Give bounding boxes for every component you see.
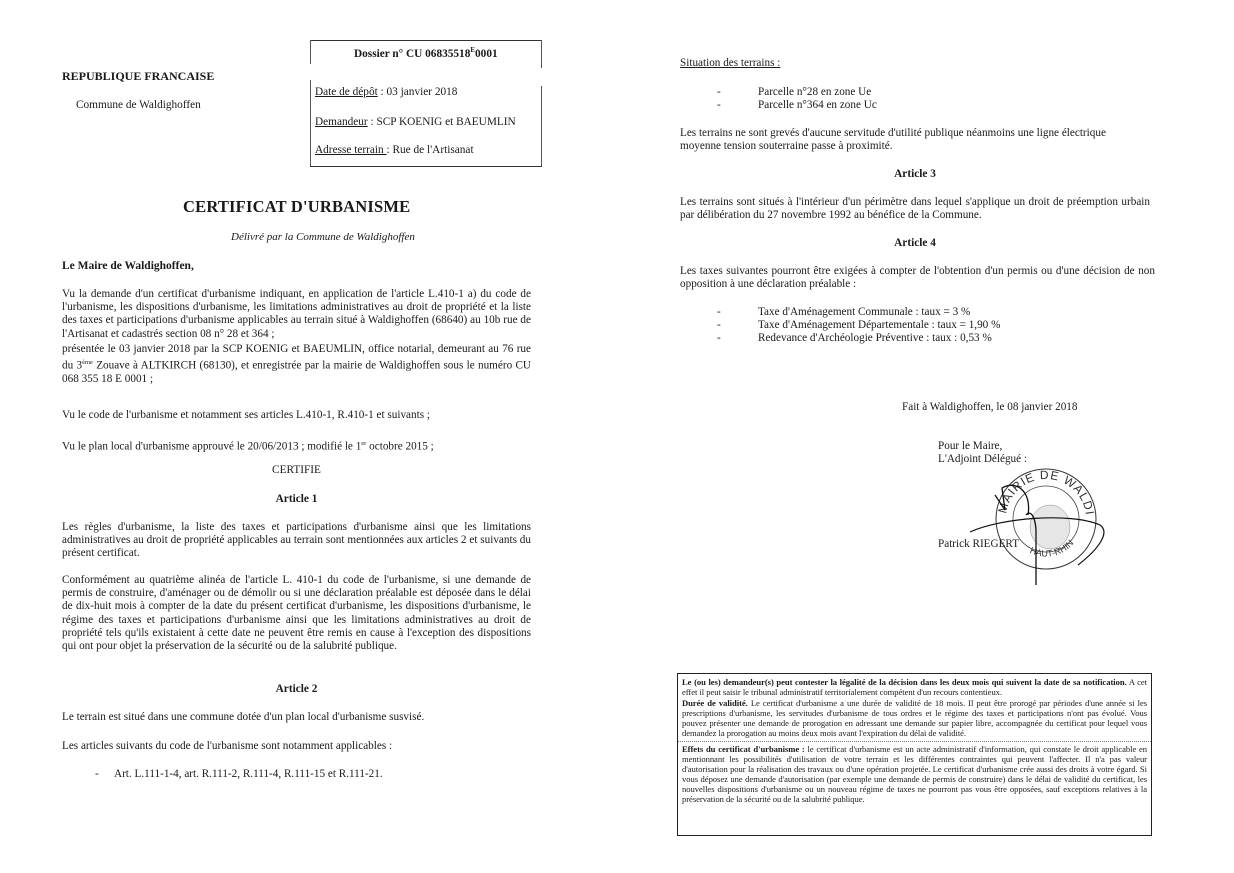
dossier-number: Dossier n° CU 06835518E0001 — [354, 46, 498, 60]
list-item: Redevance d'Archéologie Préventive : tau… — [717, 332, 1000, 345]
signatory-title: Pour le Maire, L'Adjoint Délégué : — [938, 440, 1027, 466]
document-subtitle: Délivré par la Commune de Waldighoffen — [231, 231, 415, 243]
country-header: REPUBLIQUE FRANCAISE — [62, 69, 214, 84]
list-item: Art. L.111-1-4, art. R.111-2, R.111-4, R… — [95, 768, 383, 781]
notice-validity: Durée de validité. Le certificat d'urban… — [682, 698, 1147, 738]
article-1-para-1: Les règles d'urbanisme, la liste des tax… — [62, 521, 531, 561]
situation-heading: Situation des terrains : — [680, 57, 780, 69]
code-paragraph: Vu le code de l'urbanisme et notamment s… — [62, 409, 531, 422]
tax-list: Taxe d'Aménagement Communale : taux = 3 … — [717, 306, 1000, 345]
dossier-info-box: Dossier n° CU 06835518E0001 Date de dépô… — [310, 40, 542, 167]
land-address: Adresse terrain : Rue de l'Artisanat — [315, 144, 474, 156]
article-4-heading: Article 4 — [680, 237, 1150, 249]
salutation: Le Maire de Waldighoffen, — [62, 260, 194, 272]
applicant: Demandeur : SCP KOENIG et BAEUMLIN — [315, 116, 516, 128]
document-title: CERTIFICAT D'URBANISME — [183, 197, 410, 217]
notice-effects: Effets du certificat d'urbanisme : le ce… — [682, 744, 1147, 805]
servitude-paragraph: Les terrains ne sont grevés d'aucune ser… — [680, 127, 1125, 153]
article-1-heading: Article 1 — [62, 493, 531, 505]
article-1-para-2: Conformément au quatrième alinéa de l'ar… — [62, 574, 531, 653]
article-2-para-1: Le terrain est situé dans une commune do… — [62, 711, 531, 724]
article-2-heading: Article 2 — [62, 683, 531, 695]
list-item: Parcelle n°28 en zone Ue — [717, 86, 877, 99]
article-2-list: Art. L.111-1-4, art. R.111-2, R.111-4, R… — [95, 768, 383, 781]
certifie-heading: CERTIFIE — [62, 464, 531, 476]
notice-contest: Le (ou les) demandeur(s) peut contester … — [682, 677, 1147, 697]
article-2-para-2: Les articles suivants du code de l'urban… — [62, 740, 531, 753]
article-3-paragraph: Les terrains sont situés à l'intérieur d… — [680, 196, 1150, 222]
list-item: Parcelle n°364 en zone Uc — [717, 99, 877, 112]
article-4-paragraph: Les taxes suivantes pourront être exigée… — [680, 265, 1155, 291]
commune-header: Commune de Waldighoffen — [76, 99, 201, 111]
parcel-list: Parcelle n°28 en zone Ue Parcelle n°364 … — [717, 86, 877, 112]
legal-notice-box: Le (ou les) demandeur(s) peut contester … — [677, 673, 1152, 836]
list-item: Taxe d'Aménagement Communale : taux = 3 … — [717, 306, 1000, 319]
article-3-heading: Article 3 — [680, 168, 1150, 180]
signatory-name: Patrick RIEGERT — [938, 538, 1019, 550]
request-paragraph: Vu la demande d'un certificat d'urbanism… — [62, 288, 531, 341]
handwritten-signature-icon — [960, 470, 1110, 590]
list-item: Taxe d'Aménagement Départementale : taux… — [717, 319, 1000, 332]
presented-paragraph: présentée le 03 janvier 2018 par la SCP … — [62, 343, 531, 386]
place-and-date: Fait à Waldighoffen, le 08 janvier 2018 — [902, 401, 1077, 413]
plu-paragraph: Vu le plan local d'urbanisme approuvé le… — [62, 437, 531, 454]
deposit-date: Date de dépôt : 03 janvier 2018 — [315, 86, 457, 98]
